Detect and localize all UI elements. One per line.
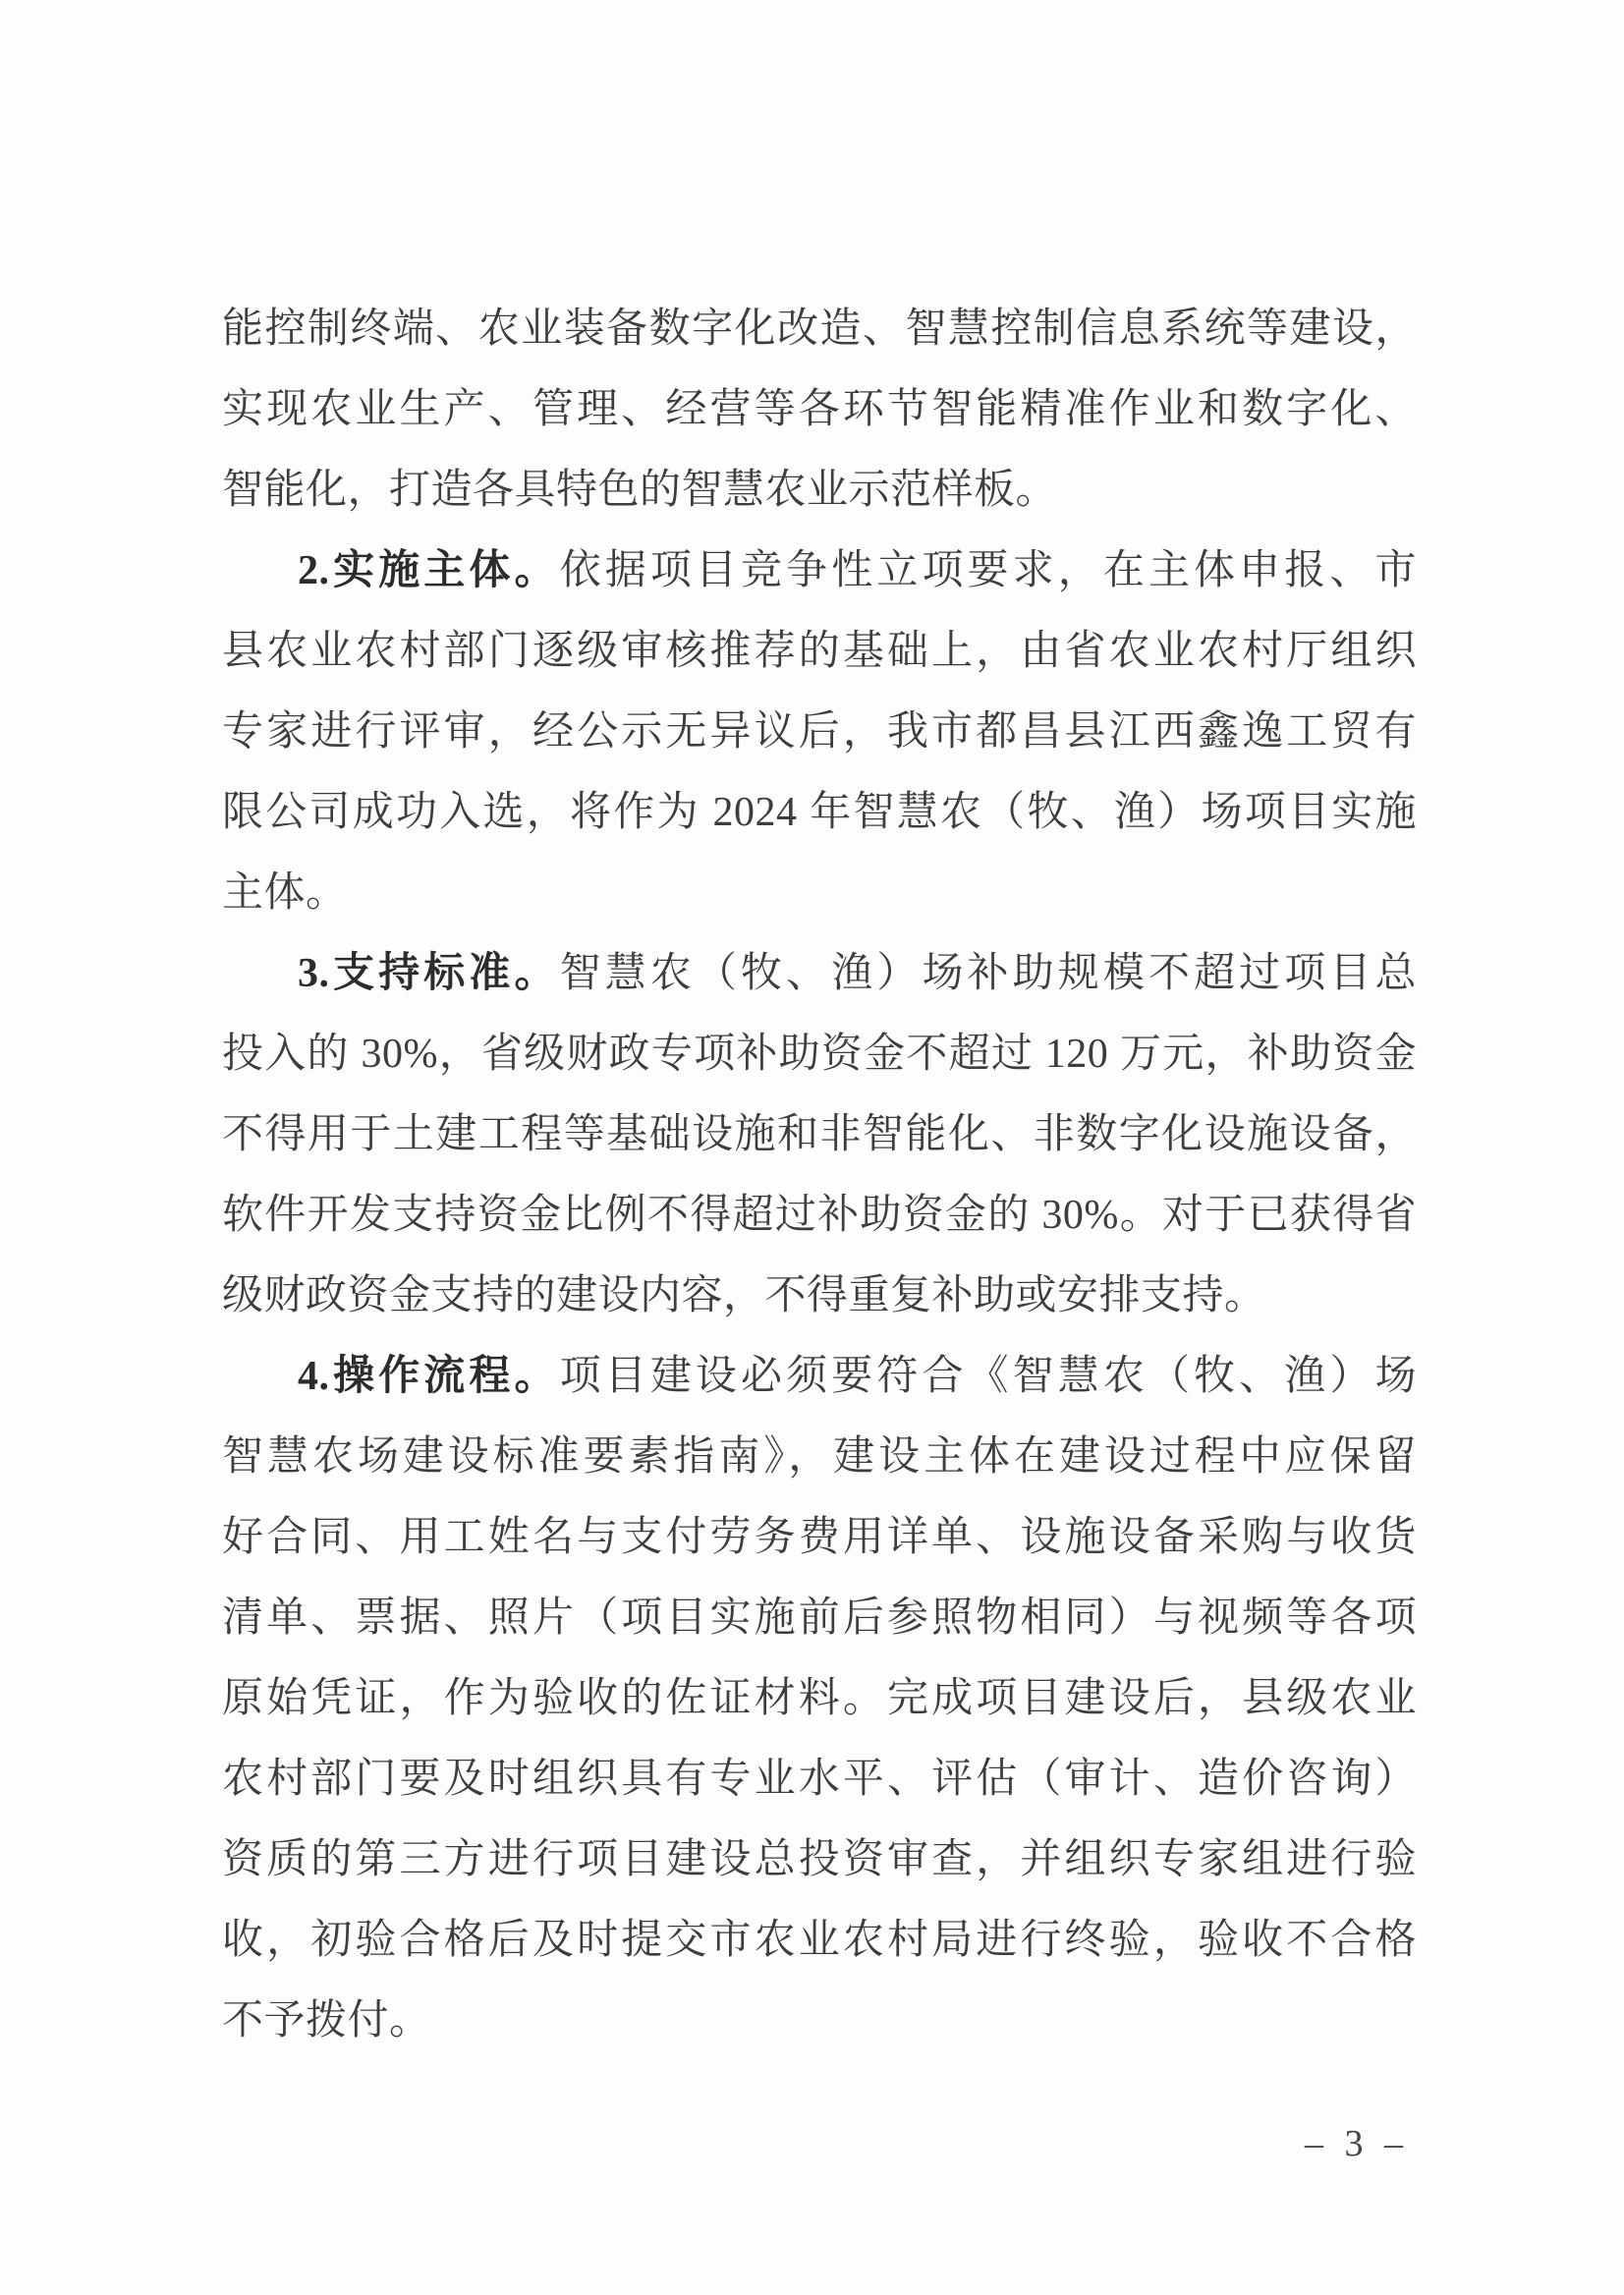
text-line: 县农业农村部门逐级审核推荐的基础上，由省农业农村厅组织 (222, 611, 1417, 692)
text-line: 原始凭证，作为验收的佐证材料。完成项目建设后，县级农业 (222, 1658, 1417, 1739)
text-line-content: 智慧农（牧、渔）场补助规模不超过项目总 (560, 951, 1417, 996)
text-line-content: 能控制终端、农业装备数字化改造、智慧控制信息系统等建设， (222, 307, 1417, 352)
text-line: 收，初验合格后及时提交市农业农村局进行终验，验收不合格 (222, 1900, 1417, 1981)
text-line-content: 原始凭证，作为验收的佐证材料。完成项目建设后，县级农业 (222, 1676, 1417, 1721)
text-line-content: 智能化，打造各具特色的智慧农业示范样板。 (222, 468, 1057, 513)
text-line-content: 依据项目竞争性立项要求，在主体申报、市 (560, 548, 1417, 593)
text-line-content: 收，初验合格后及时提交市农业农村局进行终验，验收不合格 (222, 1918, 1417, 1963)
text-line: 农村部门要及时组织具有专业水平、评估（审计、造价咨询） (222, 1739, 1417, 1819)
text-line: 智慧农场建设标准要素指南》，建设主体在建设过程中应保留 (222, 1417, 1417, 1497)
text-line: 不予拨付。 (222, 1981, 1417, 2061)
text-line-content: 好合同、用工姓名与支付劳务费用详单、设施设备采购与收货 (222, 1515, 1417, 1560)
text-line: 资质的第三方进行项目建设总投资审查，并组织专家组进行验 (222, 1819, 1417, 1900)
text-line-content: 资质的第三方进行项目建设总投资审查，并组织专家组进行验 (222, 1837, 1417, 1882)
text-line-content: 农村部门要及时组织具有专业水平、评估（审计、造价咨询） (222, 1757, 1417, 1802)
section-heading: 3.支持标准。 (298, 951, 560, 996)
text-line: 限公司成功入选，将作为 2024 年智慧农（牧、渔）场项目实施 (222, 772, 1417, 853)
text-line-content: 清单、票据、照片（项目实施前后参照物相同）与视频等各项 (222, 1595, 1417, 1641)
text-line: 3.支持标准。智慧农（牧、渔）场补助规模不超过项目总 (222, 933, 1417, 1014)
section-heading: 2.实施主体。 (298, 548, 560, 593)
text-line: 能控制终端、农业装备数字化改造、智慧控制信息系统等建设， (222, 289, 1417, 369)
text-line-content: 软件开发支持资金比例不得超过补助资金的 30%。对于已获得省 (222, 1193, 1417, 1238)
text-line-content: 项目建设必须要符合《智慧农（牧、渔）场 (560, 1354, 1417, 1399)
text-line-content: 级财政资金支持的建设内容，不得重复补助或安排支持。 (222, 1273, 1266, 1318)
text-line-content: 县农业农村部门逐级审核推荐的基础上，由省农业农村厅组织 (222, 629, 1417, 674)
text-line: 投入的 30%，省级财政专项补助资金不超过 120 万元，补助资金 (222, 1014, 1417, 1094)
text-line: 不得用于土建工程等基础设施和非智能化、非数字化设施设备， (222, 1094, 1417, 1175)
text-line: 实现农业生产、管理、经营等各环节智能精准作业和数字化、 (222, 369, 1417, 450)
text-line-content: 不得用于土建工程等基础设施和非智能化、非数字化设施设备， (222, 1112, 1417, 1157)
text-line-content: 不予拨付。 (222, 1998, 431, 2043)
text-line: 好合同、用工姓名与支付劳务费用详单、设施设备采购与收货 (222, 1497, 1417, 1578)
page-number: – 3 – (1305, 2122, 1409, 2165)
text-line-content: 专家进行评审，经公示无异议后，我市都昌县江西鑫逸工贸有 (222, 709, 1417, 755)
text-line: 2.实施主体。依据项目竞争性立项要求，在主体申报、市 (222, 531, 1417, 611)
text-line: 级财政资金支持的建设内容，不得重复补助或安排支持。 (222, 1256, 1417, 1336)
text-line-content: 投入的 30%，省级财政专项补助资金不超过 120 万元，补助资金 (222, 1032, 1417, 1077)
document-body-text: 能控制终端、农业装备数字化改造、智慧控制信息系统等建设， 实现农业生产、管理、经… (222, 289, 1417, 2061)
text-line-content: 智慧农场建设标准要素指南》，建设主体在建设过程中应保留 (222, 1434, 1417, 1480)
text-line: 智能化，打造各具特色的智慧农业示范样板。 (222, 450, 1417, 531)
section-heading: 4.操作流程。 (298, 1354, 560, 1399)
text-line: 主体。 (222, 853, 1417, 933)
text-line-content: 实现农业生产、管理、经营等各环节智能精准作业和数字化、 (222, 387, 1417, 432)
scanned-document-page: 能控制终端、农业装备数字化改造、智慧控制信息系统等建设， 实现农业生产、管理、经… (0, 0, 1624, 2295)
text-line: 专家进行评审，经公示无异议后，我市都昌县江西鑫逸工贸有 (222, 692, 1417, 772)
text-line-content: 主体。 (222, 870, 348, 916)
text-line: 4.操作流程。项目建设必须要符合《智慧农（牧、渔）场 (222, 1336, 1417, 1417)
text-line-content: 限公司成功入选，将作为 2024 年智慧农（牧、渔）场项目实施 (222, 790, 1417, 835)
text-line: 软件开发支持资金比例不得超过补助资金的 30%。对于已获得省 (222, 1175, 1417, 1256)
text-line: 清单、票据、照片（项目实施前后参照物相同）与视频等各项 (222, 1578, 1417, 1658)
